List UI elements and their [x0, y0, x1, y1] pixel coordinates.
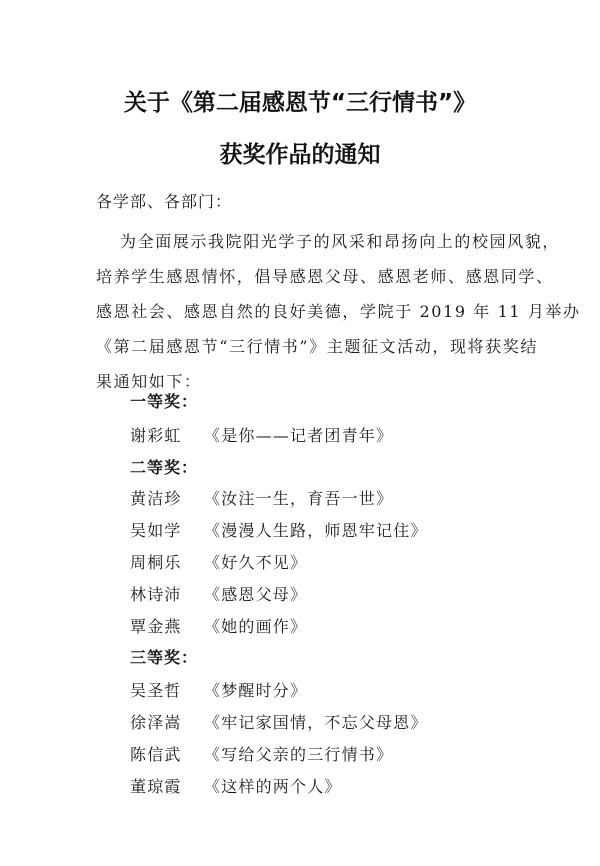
winner-row: 董琼霞《这样的两个人》: [130, 774, 342, 797]
winner-name: 谢彩虹: [130, 423, 204, 446]
third-prize-label: 三等奖：: [130, 645, 198, 668]
winner-row: 吴如学《漫漫人生路，师恩牢记住》: [130, 518, 428, 541]
winner-name: 徐泽嵩: [130, 710, 204, 733]
winner-row: 陈信武《写给父亲的三行情书》: [130, 742, 393, 765]
work-title: 《好久不见》: [204, 550, 307, 573]
body-line: 为全面展示我院阳光学子的风采和昂扬向上的校园风貌，: [120, 229, 560, 252]
winner-row: 吴圣哲《梦醒时分》: [130, 678, 307, 701]
work-title: 《感恩父母》: [204, 582, 307, 605]
work-title: 《这样的两个人》: [204, 774, 342, 797]
body-line: 培养学生感恩情怀，倡导感恩父母、感恩老师、感恩同学、: [96, 264, 554, 287]
winner-name: 董琼霞: [130, 774, 204, 797]
body-line: 《第二届感恩节“三行情书”》主题征文活动，现将获奖结: [96, 334, 538, 357]
work-title: 《她的画作》: [204, 614, 307, 637]
winner-name: 陈信武: [130, 742, 204, 765]
body-line: 感恩社会、感恩自然的良好美德，学院于 2019 年 11 月举办: [96, 299, 581, 322]
winner-name: 吴圣哲: [130, 678, 204, 701]
salutation: 各学部、各部门：: [96, 189, 232, 212]
winner-name: 林诗沛: [130, 582, 204, 605]
document-page: 关于《第二届感恩节“三行情书”》 获奖作品的通知 各学部、各部门： 为全面展示我…: [0, 0, 600, 866]
work-title: 《是你——记者团青年》: [204, 423, 393, 446]
title-line-1: 关于《第二届感恩节“三行情书”》: [0, 84, 600, 117]
work-title: 《漫漫人生路，师恩牢记住》: [204, 518, 428, 541]
work-title: 《梦醒时分》: [204, 678, 307, 701]
winner-row: 覃金燕《她的画作》: [130, 614, 307, 637]
winner-name: 周桐乐: [130, 550, 204, 573]
winner-row: 周桐乐《好久不见》: [130, 550, 307, 573]
winner-row: 林诗沛《感恩父母》: [130, 582, 307, 605]
first-prize-label: 一等奖：: [130, 389, 198, 412]
winner-name: 黄洁珍: [130, 486, 204, 509]
work-title: 《牢记家国情，不忘父母恩》: [204, 710, 428, 733]
work-title: 《写给父亲的三行情书》: [204, 742, 393, 765]
winner-row: 黄洁珍《汝注一生，育吾一世》: [130, 486, 393, 509]
second-prize-label: 二等奖：: [130, 455, 198, 478]
title-line-2: 获奖作品的通知: [0, 136, 600, 169]
winner-name: 覃金燕: [130, 614, 204, 637]
winner-row: 谢彩虹《是你——记者团青年》: [130, 423, 393, 446]
winner-name: 吴如学: [130, 518, 204, 541]
winner-row: 徐泽嵩《牢记家国情，不忘父母恩》: [130, 710, 428, 733]
work-title: 《汝注一生，育吾一世》: [204, 486, 393, 509]
